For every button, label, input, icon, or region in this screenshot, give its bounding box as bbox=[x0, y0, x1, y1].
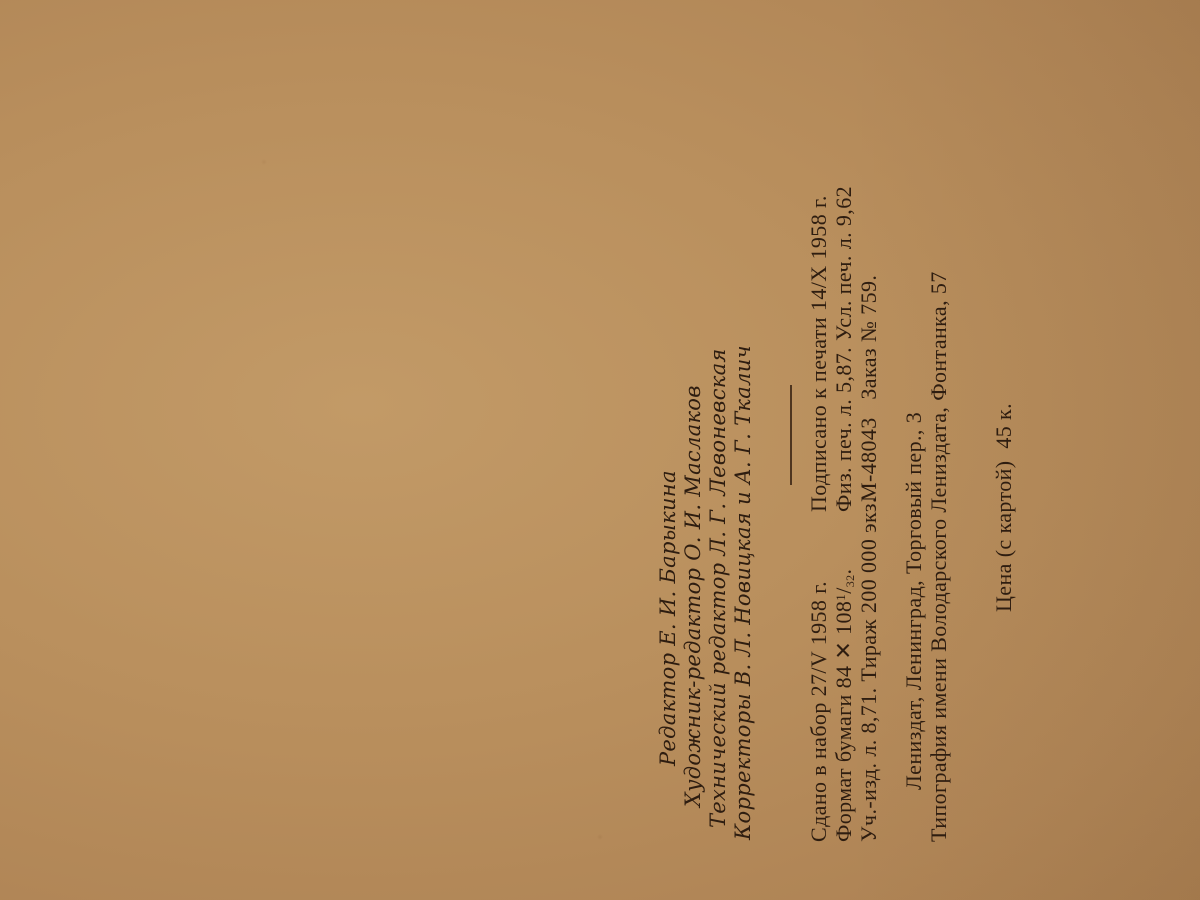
credit-technical-editor: Технический редактор Л. Г. Левоневская bbox=[708, 0, 729, 828]
signed-to-print-date: Подписано к печати 14/X 1958 г. bbox=[808, 0, 830, 512]
price-value: 45 к. bbox=[991, 403, 1016, 449]
printer-address: Типография имени Володарского Лениздата,… bbox=[928, 0, 950, 842]
credit-editor: Редактор Е. И. Барыкина bbox=[658, 0, 679, 766]
sheet-counts: Физ. печ. л. 5,87. Усл. печ. л. 9,62 bbox=[833, 0, 855, 512]
separator-rule bbox=[790, 385, 792, 485]
times-sign: ✕ bbox=[831, 641, 856, 660]
order-number: М-48043 Заказ № 759. bbox=[858, 0, 880, 502]
fraction-denominator: 32 bbox=[843, 574, 857, 587]
credit-proofreaders: Корректоры В. Л. Новицкая и А. Г. Ткалич bbox=[733, 0, 754, 840]
fraction-numerator: 1 bbox=[833, 594, 848, 601]
credit-artist-editor: Художник-редактор О. И. Маслаков bbox=[683, 0, 704, 807]
price: Цена (с картой) 45 к. bbox=[993, 0, 1015, 612]
price-label: Цена (с картой) bbox=[991, 460, 1016, 612]
paper-format-prefix: Формат бумаги 84 bbox=[831, 666, 856, 842]
paper-format-base: 108 bbox=[831, 601, 856, 635]
publisher-address: Лениздат, Ленинград, Торговый пер., 3 bbox=[903, 0, 925, 790]
colophon-page: Редактор Е. И. Барыкина Художник-редакто… bbox=[0, 0, 1200, 900]
